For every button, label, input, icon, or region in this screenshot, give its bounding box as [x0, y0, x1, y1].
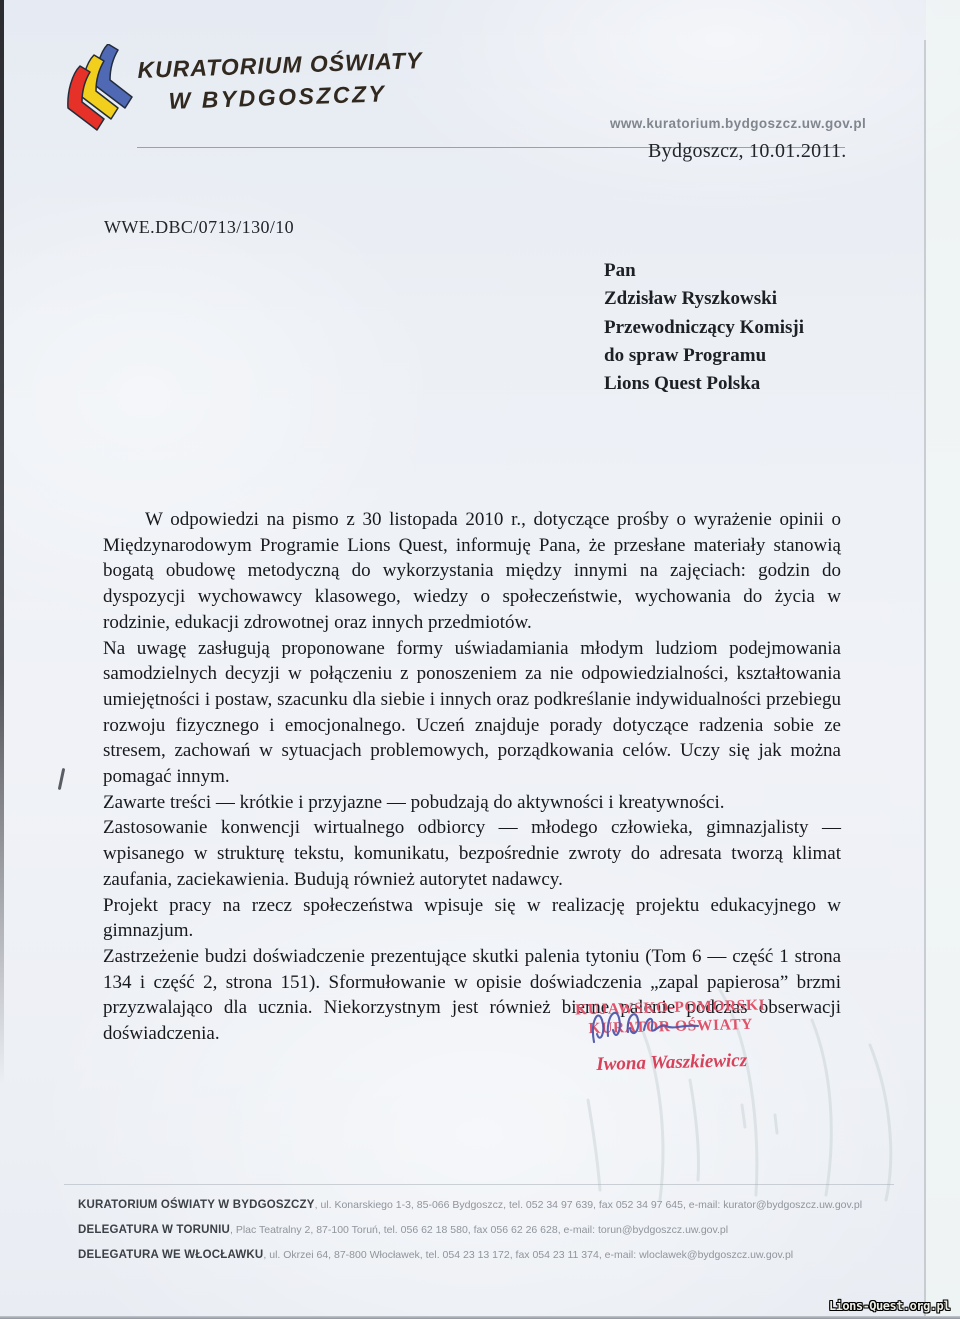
footer-office-row: DELEGATURA W TORUNIU, Plac Teatralny 2, …: [78, 1216, 862, 1241]
kuratorium-logo-icon: [64, 44, 136, 144]
addressee-line: Lions Quest Polska: [604, 370, 804, 398]
letter-paragraph: Zastosowanie konwencji wirtualnego odbio…: [103, 815, 841, 892]
office-details: , ul. Konarskiego 1-3, 85-066 Bydgoszcz,…: [315, 1199, 862, 1211]
logo-text-line2: W BYDGOSZCZY: [168, 79, 424, 115]
letter-paragraph: W odpowiedzi na pismo z 30 listopada 201…: [103, 507, 841, 636]
logo-text-line1: KURATORIUM OŚWIATY: [137, 47, 423, 84]
office-name: KURATORIUM OŚWIATY W BYDGOSZCZY: [78, 1199, 315, 1211]
scan-edge-right-line: [924, 40, 926, 1319]
footer-contact-block: KURATORIUM OŚWIATY W BYDGOSZCZY, ul. Kon…: [78, 1191, 862, 1266]
footer-divider: [64, 1184, 894, 1185]
office-details: , ul. Okrzei 64, 87-800 Włocławek, tel. …: [263, 1249, 793, 1261]
letter-paragraph: Projekt pracy na rzecz społeczeństwa wpi…: [103, 893, 841, 944]
scan-margin-mark: [58, 768, 66, 790]
office-name: DELEGATURA WE WŁOCŁAWKU: [78, 1249, 263, 1261]
office-name: DELEGATURA W TORUNIU: [78, 1224, 230, 1236]
addressee-line: Przewodniczący Komisji: [604, 314, 804, 342]
addressee-block: Pan Zdzisław Ryszkowski Przewodniczący K…: [604, 257, 804, 398]
addressee-line: Pan: [604, 257, 804, 285]
letter-paragraph: Zawarte treści — krótkie i przyjazne — p…: [103, 790, 841, 816]
scan-edge-left: [0, 0, 4, 1085]
letter-body: W odpowiedzi na pismo z 30 listopada 201…: [103, 507, 841, 1047]
scan-edge-right-tint: [926, 0, 960, 1319]
addressee-line: Zdzisław Ryszkowski: [604, 285, 804, 313]
letter-paragraph: Na uwagę zasługują proponowane formy uśw…: [103, 636, 841, 790]
scanned-letter-page: KURATORIUM OŚWIATY W BYDGOSZCZY www.kura…: [0, 0, 960, 1319]
date-line: Bydgoszcz, 10.01.2011.: [648, 140, 847, 163]
watermark: Lions-Quest.org.pl: [829, 1299, 950, 1313]
office-details: , Plac Teatralny 2, 87-100 Toruń, tel. 0…: [230, 1224, 728, 1236]
footer-office-row: KURATORIUM OŚWIATY W BYDGOSZCZY, ul. Kon…: [78, 1191, 862, 1216]
website-url: www.kuratorium.bydgoszcz.uw.gov.pl: [610, 116, 866, 131]
handwritten-signature: [586, 1004, 704, 1054]
logo-wordmark: KURATORIUM OŚWIATY W BYDGOSZCZY: [137, 47, 424, 116]
addressee-line: do spraw Programu: [604, 342, 804, 370]
footer-office-row: DELEGATURA WE WŁOCŁAWKU, ul. Okrzei 64, …: [78, 1241, 862, 1266]
reference-number: WWE.DBC/0713/130/10: [104, 217, 294, 238]
